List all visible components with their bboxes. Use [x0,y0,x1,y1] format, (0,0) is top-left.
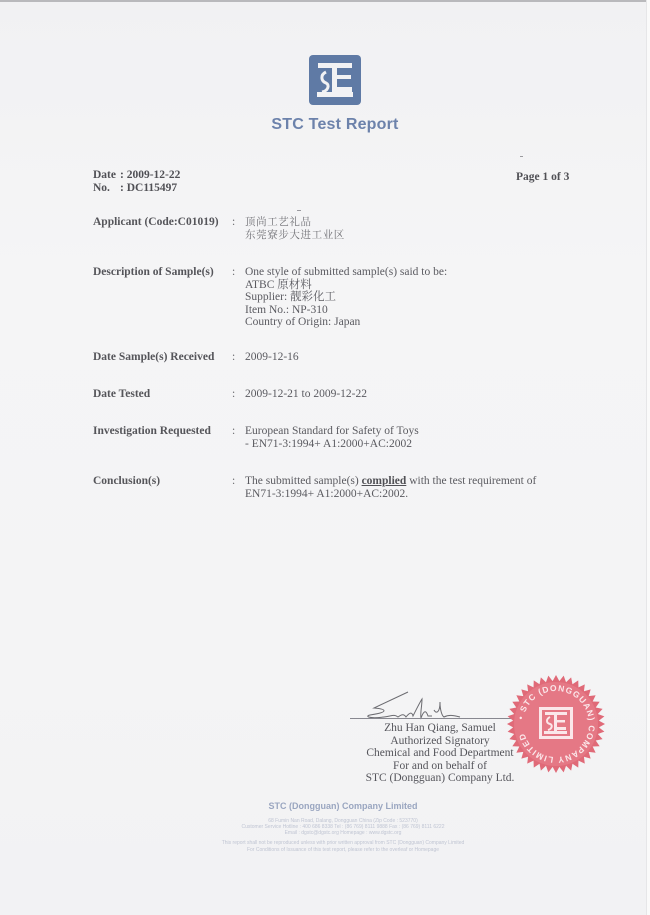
field-label: Description of Sample(s) [93,266,214,279]
report-number-label: No. [93,182,120,195]
field-value: 2009-12-21 to 2009-12-22 [245,388,367,401]
report-date: : 2009-12-22 [120,169,180,181]
footer-company: STC (Dongguan) Company Limited [0,801,650,811]
stc-logo-icon [309,55,361,105]
field-colon: : [232,475,235,488]
footer-web: Email : dgstc@dgstc.org Homepage : www.d… [0,830,650,836]
supplier: Supplier: 靓彩化工 [245,291,447,304]
field-value: One style of submitted sample(s) said to… [245,266,447,329]
footer-notice: For Conditions of Issuance of this test … [0,847,650,853]
conclusion-text: with the test requirement of [406,475,536,487]
field-label: Investigation Requested [93,425,211,438]
field-label: Conclusion(s) [93,475,160,488]
field-colon: : [232,351,235,364]
company-seal-icon: • STC (DONGGUAN) COMPANY LIMITED [506,674,606,779]
signatory-name: Zhu Han Qiang, Samuel [350,722,530,735]
standard-name: European Standard for Safety of Toys [245,425,419,438]
field-colon: : [232,425,235,438]
report-number: : DC115497 [120,182,177,194]
conclusion-line-1: The submitted sample(s) complied with th… [245,475,536,488]
field-colon: : [232,388,235,401]
report-title: STC Test Report [0,116,650,134]
country-of-origin: Country of Origin: Japan [245,316,447,329]
signatory-department: Chemical and Food Department [350,747,530,760]
signatory-block: Zhu Han Qiang, Samuel Authorized Signato… [350,722,530,785]
report-page: STC Test Report Date: 2009-12-22 No.: DC… [0,0,650,915]
scan-right-edge [646,0,650,915]
standard-code: - EN71-3:1994+ A1:2000+AC:2002 [245,438,419,451]
signature-line [350,718,530,719]
report-header-info: Date: 2009-12-22 No.: DC115497 [93,169,180,195]
conclusion-text: The submitted sample(s) [245,475,362,487]
sample-name: ATBC 原材料 [245,279,447,292]
date-label: Date [93,169,120,182]
applicant-address: 东莞寮步大进工业区 [245,229,345,242]
signatory-company: STC (Dongguan) Company Ltd. [350,772,530,785]
field-label: Applicant (Code:C01019) [93,216,219,229]
field-colon: : [232,216,235,229]
field-value: 顶尚工艺礼品 东莞寮步大进工业区 [245,216,345,241]
conclusion-result: complied [362,475,407,487]
conclusion-line-2: EN71-3:1994+ A1:2000+AC:2002. [245,488,536,501]
field-value: The submitted sample(s) complied with th… [245,475,536,500]
item-number: Item No.: NP-310 [245,304,447,317]
description-line: One style of submitted sample(s) said to… [245,266,447,279]
field-label: Date Tested [93,388,150,401]
field-value: 2009-12-16 [245,351,299,364]
scan-top-edge [0,0,650,2]
footer-notice: This report shall not be reproduced unle… [0,840,650,846]
field-colon: : [232,266,235,279]
applicant-name: 顶尚工艺礼品 [245,216,345,229]
signatory-behalf: For and on behalf of [350,760,530,773]
field-value: European Standard for Safety of Toys - E… [245,425,419,450]
signatory-title: Authorized Signatory [350,735,530,748]
page-indicator: Page 1 of 3 [516,171,569,183]
field-label: Date Sample(s) Received [93,351,214,364]
